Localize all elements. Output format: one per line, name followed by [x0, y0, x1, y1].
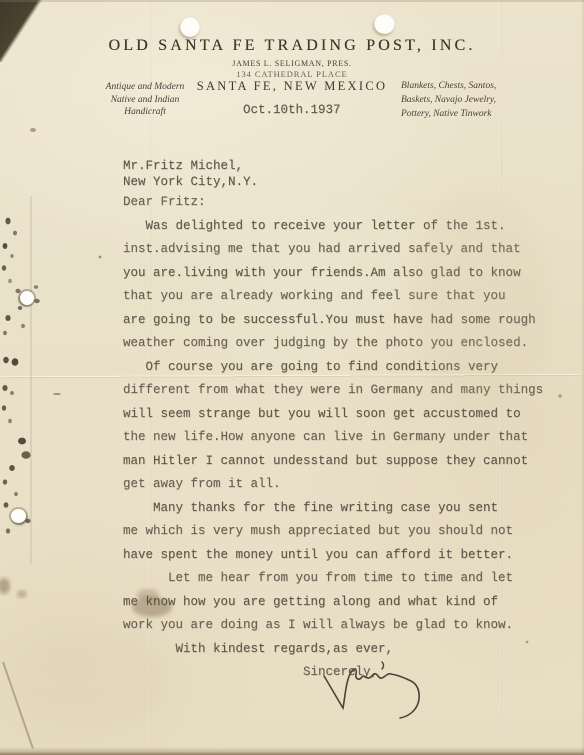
- letter-line: that you are already working and feel su…: [123, 285, 563, 309]
- letter-line: you are.living with your friends.Am also…: [123, 262, 563, 286]
- recipient-address: Mr.Fritz Michel,New York City,N.Y.: [123, 159, 258, 190]
- letter-line: man Hitler I cannot undesstand but suppo…: [123, 450, 563, 474]
- letter-line: Many thanks for the fine writing case yo…: [123, 497, 563, 521]
- letter-date: Oct.10th.1937: [243, 103, 341, 117]
- right-tagline-line: Pottery, Native Tinwork: [401, 107, 571, 121]
- letter-line: me know how you are getting along and wh…: [123, 591, 563, 615]
- letter-line: Sincerely,: [123, 661, 563, 685]
- right-tagline: Blankets, Chests, Santos, Baskets, Navaj…: [401, 79, 571, 121]
- right-tagline-line: Baskets, Navajo Jewelry,: [401, 93, 571, 107]
- letter-line: Was delighted to receive your letter of …: [123, 215, 563, 239]
- letter-line: will seem strange but you will soon get …: [123, 403, 563, 427]
- letter-line: Of course you are going to find conditio…: [123, 356, 563, 380]
- street-address: 134 CATHEDRAL PLACE: [0, 69, 584, 79]
- scan-edge-bottom: [0, 747, 584, 755]
- letter-line: different from what they were in Germany…: [123, 379, 563, 403]
- scanned-letter: OLD SANTA FE TRADING POST, INC. JAMES L.…: [0, 0, 584, 755]
- recipient-line: Mr.Fritz Michel,: [123, 159, 258, 175]
- punch-hole-top-left: [180, 17, 200, 37]
- letter-line: are going to be successful.You must have…: [123, 309, 563, 333]
- letter-line: work you are doing as I will always be g…: [123, 614, 563, 638]
- letter-line: the new life.How anyone can live in Germ…: [123, 426, 563, 450]
- company-name: OLD SANTA FE TRADING POST, INC.: [0, 37, 584, 55]
- letter-lines: Dear Fritz: Was delighted to receive you…: [123, 191, 563, 685]
- recipient-line: New York City,N.Y.: [123, 175, 258, 191]
- letter-line: Dear Fritz:: [123, 191, 563, 215]
- letter-line: get away from it all.: [123, 473, 563, 497]
- punch-hole-left-upper: [20, 291, 34, 305]
- punch-hole-left-lower: [11, 509, 26, 523]
- letter-line: Let me hear from you from time to time a…: [123, 567, 563, 591]
- letter-line: me which is very mush appreciated but yo…: [123, 520, 563, 544]
- left-edge-crease: [30, 196, 32, 564]
- left-tagline-line: Native and Indian: [72, 94, 218, 107]
- punch-hole-top-right: [374, 14, 395, 34]
- letter-line: inst.advising me that you had arrived sa…: [123, 238, 563, 262]
- left-tagline-line: Antique and Modern: [72, 81, 218, 94]
- scan-edge-top: [0, 0, 584, 2]
- left-tagline: Antique and Modern Native and Indian Han…: [72, 81, 218, 119]
- letter-line: have spent the money until you can affor…: [123, 544, 563, 568]
- right-tagline-line: Blankets, Chests, Santos,: [401, 79, 571, 93]
- letter-line: weather coming over judging by the photo…: [123, 332, 563, 356]
- letter-line: With kindest regards,as ever,: [123, 638, 563, 662]
- president-line: JAMES L. SELIGMAN, PRES.: [0, 59, 584, 68]
- left-tagline-line: Handicraft: [72, 106, 218, 119]
- corner-fold-bottom-left: [2, 661, 34, 749]
